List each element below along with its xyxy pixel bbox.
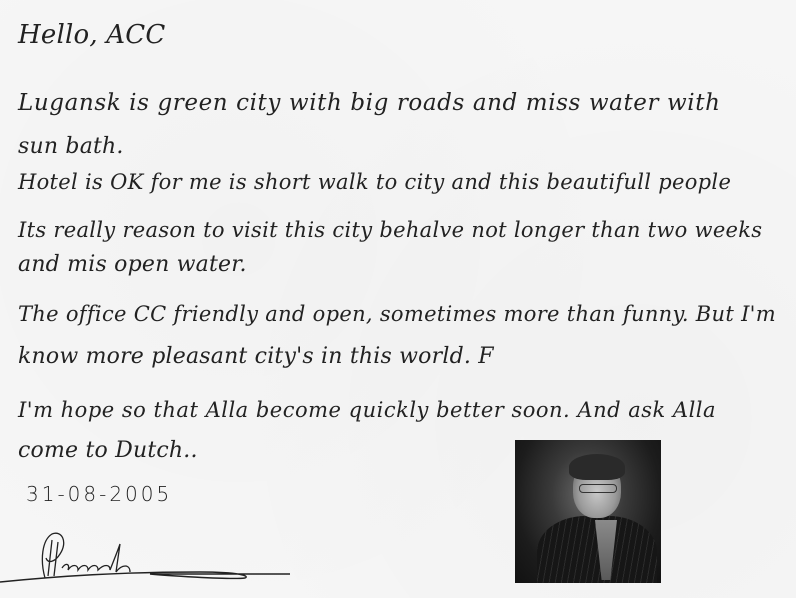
letter-line: I'm hope so that Alla become quickly bet… [18,398,716,422]
letter-line: know more pleasant city's in this world.… [18,344,494,369]
signature [0,520,300,585]
letter-line: Its really reason to visit this city beh… [18,218,762,242]
letter-line: come to Dutch.. [18,438,198,463]
letter-line: and mis open water. [18,252,247,277]
letter-date: 31-08-2005 [26,482,172,506]
letter-page: Hello, ACC Lugansk is green city with bi… [0,0,796,598]
letter-line: Lugansk is green city with big roads and… [18,90,721,116]
portrait-photo [515,440,661,583]
glasses-icon [579,484,617,493]
letter-line: Hotel is OK for me is short walk to city… [18,170,731,194]
greeting: Hello, ACC [18,20,165,50]
letter-line: The office CC friendly and open, sometim… [18,302,776,326]
photo-hair [569,454,625,480]
letter-line: sun bath. [18,134,124,159]
